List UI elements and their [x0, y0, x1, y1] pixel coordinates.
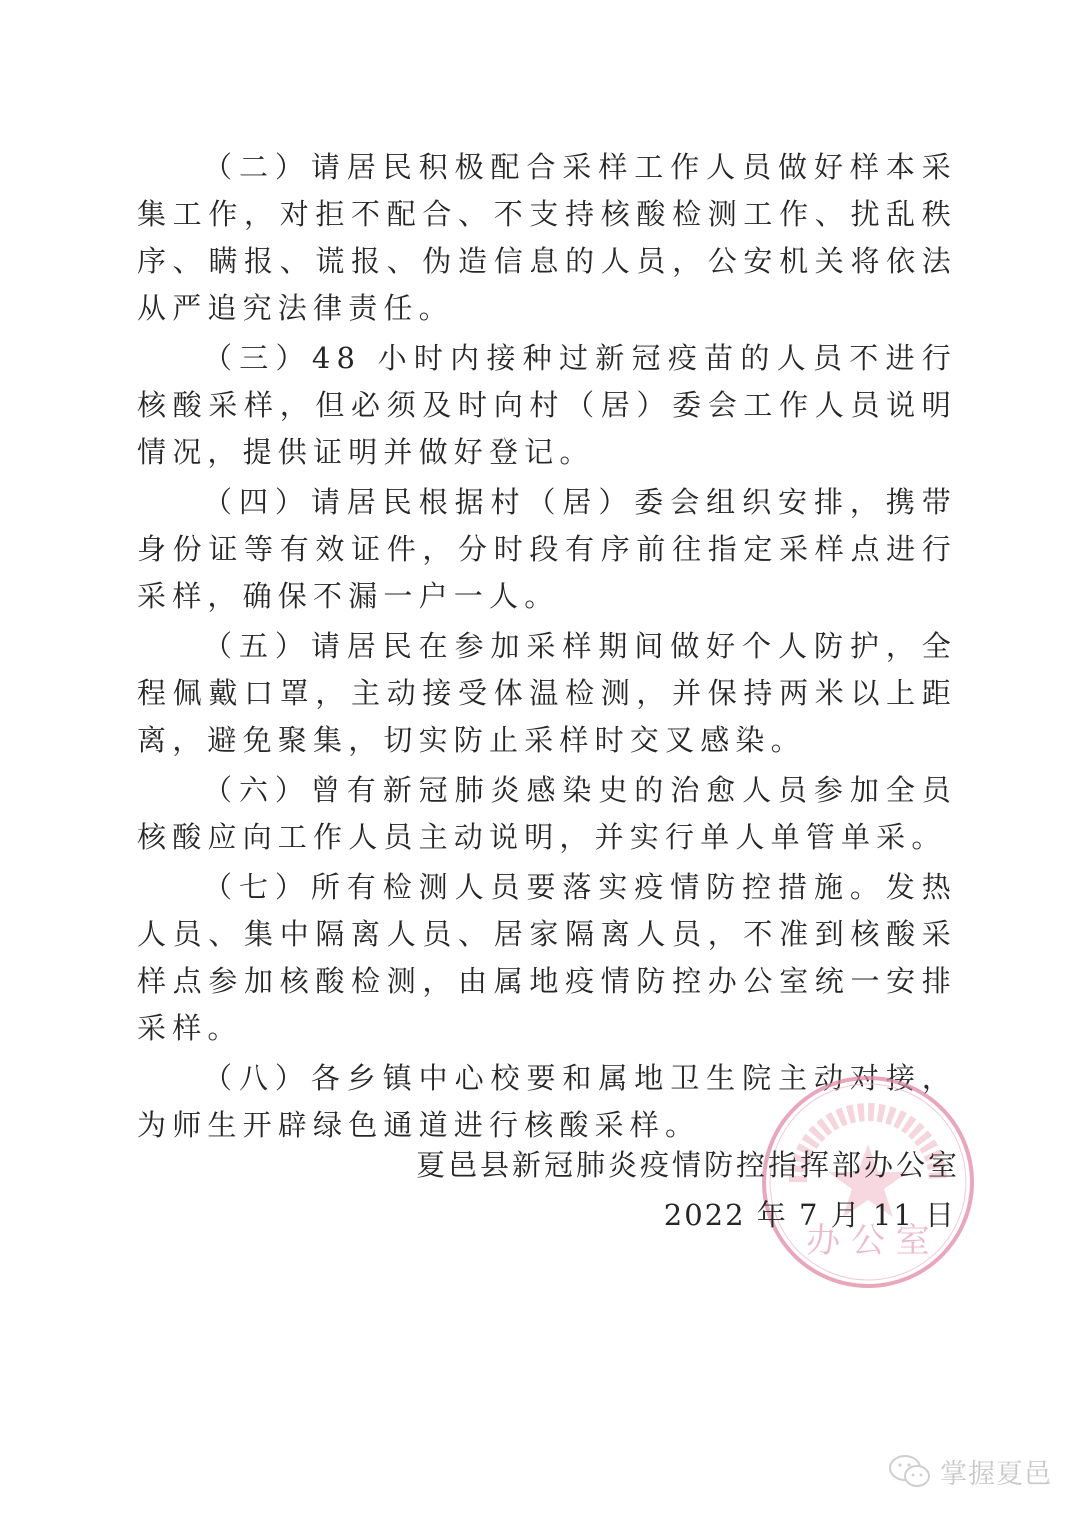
paragraph-6: （六）曾有新冠肺炎感染史的治愈人员参加全员核酸应向工作人员主动说明，并实行单人单…	[137, 767, 957, 861]
issuing-organization: 夏邑县新冠肺炎疫情防控指挥部办公室	[416, 1140, 960, 1190]
document-page: （二）请居民积极配合采样工作人员做好样本采集工作，对拒不配合、不支持核酸检测工作…	[0, 0, 1080, 1527]
signature-block: 夏邑县新冠肺炎疫情防控指挥部办公室 2022 年 7 月 11 日	[416, 1140, 960, 1240]
notice-body: （二）请居民积极配合采样工作人员做好样本采集工作，对拒不配合、不支持核酸检测工作…	[137, 144, 957, 1152]
wechat-icon	[888, 1454, 932, 1490]
wechat-watermark: 掌握夏邑	[888, 1452, 1052, 1491]
paragraph-2: （二）请居民积极配合采样工作人员做好样本采集工作，对拒不配合、不支持核酸检测工作…	[137, 144, 957, 332]
paragraph-5: （五）请居民在参加采样期间做好个人防护，全程佩戴口罩，主动接受体温检测，并保持两…	[137, 623, 957, 764]
issue-date: 2022 年 7 月 11 日	[416, 1190, 956, 1240]
paragraph-3: （三）48 小时内接种过新冠疫苗的人员不进行核酸采样，但必须及时向村（居）委会工…	[137, 335, 957, 476]
watermark-text: 掌握夏邑	[940, 1452, 1052, 1491]
paragraph-4: （四）请居民根据村（居）委会组织安排，携带身份证等有效证件，分时段有序前往指定采…	[137, 479, 957, 620]
paragraph-7: （七）所有检测人员要落实疫情防控措施。发热人员、集中隔离人员、居家隔离人员，不准…	[137, 864, 957, 1052]
